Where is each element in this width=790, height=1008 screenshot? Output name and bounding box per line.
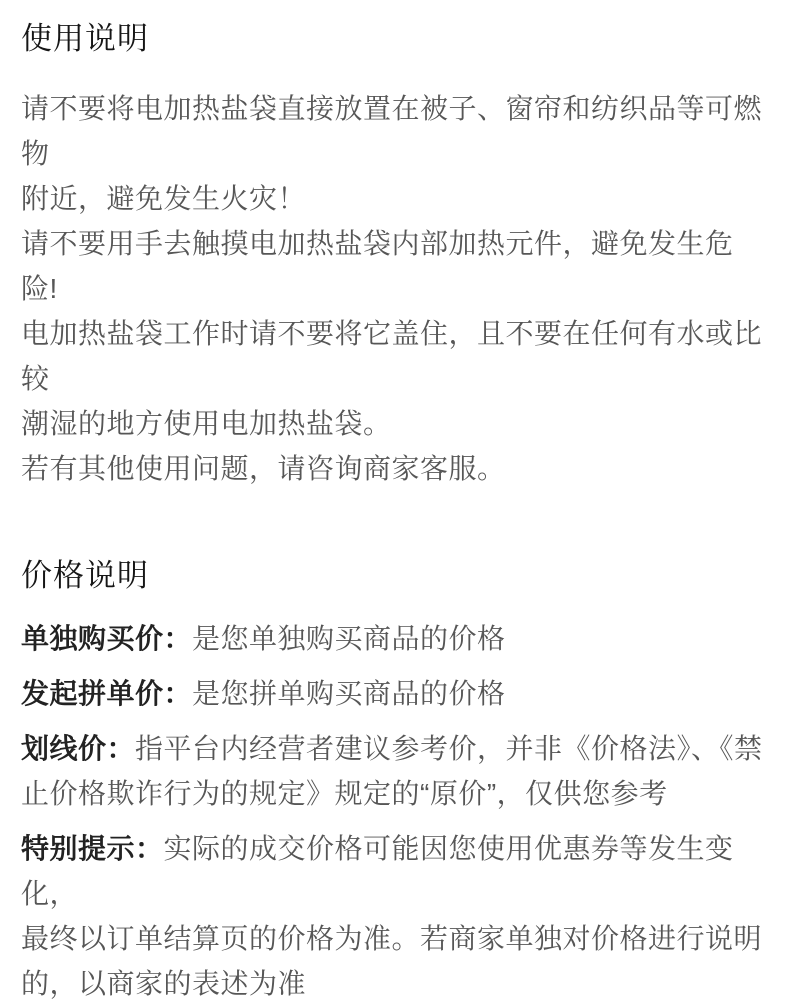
price-item-standalone-label: 单独购买价： bbox=[21, 623, 192, 654]
usage-instructions-text: 请不要将电加热盐袋直接放置在被子、窗帘和纺织品等可燃物 附近，避免发生火灾！ 请… bbox=[21, 86, 769, 491]
price-item-special-note: 特别提示：实际的成交价格可能因您使用优惠券等发生变化， 最终以订单结算页的价格为… bbox=[21, 826, 769, 1006]
usage-instructions-title: 使用说明 bbox=[21, 16, 769, 62]
price-item-group-buy-text: 是您拼单购买商品的价格 bbox=[192, 678, 506, 709]
price-item-list-price: 划线价：指平台内经营者建议参考价，并非《价格法》、《禁 止价格欺诈行为的规定》规… bbox=[21, 726, 769, 816]
usage-instructions-section: 使用说明 请不要将电加热盐袋直接放置在被子、窗帘和纺织品等可燃物 附近，避免发生… bbox=[21, 16, 769, 491]
price-item-group-buy: 发起拼单价：是您拼单购买商品的价格 bbox=[21, 671, 769, 716]
price-explanation-title: 价格说明 bbox=[21, 553, 769, 599]
price-item-group-buy-label: 发起拼单价： bbox=[21, 678, 192, 709]
price-explanation-section: 价格说明 单独购买价：是您单独购买商品的价格 发起拼单价：是您拼单购买商品的价格… bbox=[21, 553, 769, 1006]
price-item-standalone: 单独购买价：是您单独购买商品的价格 bbox=[21, 616, 769, 661]
price-item-list-price-label: 划线价： bbox=[21, 733, 135, 764]
price-explanation-list: 单独购买价：是您单独购买商品的价格 发起拼单价：是您拼单购买商品的价格 划线价：… bbox=[21, 616, 769, 1006]
price-item-standalone-text: 是您单独购买商品的价格 bbox=[192, 623, 506, 654]
price-item-special-note-label: 特别提示： bbox=[21, 833, 164, 864]
product-detail-notes-page: 使用说明 请不要将电加热盐袋直接放置在被子、窗帘和纺织品等可燃物 附近，避免发生… bbox=[0, 0, 790, 1008]
